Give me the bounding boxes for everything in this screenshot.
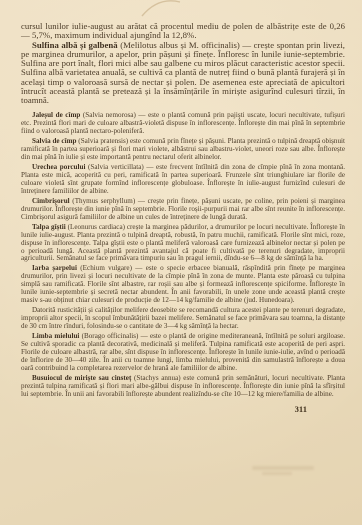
paragraph-talpa-gistii: Talpa gîștii (Leonurus cardiaca) crește … — [21, 224, 345, 264]
species-name: Salvia de cîmp — [32, 137, 76, 145]
paragraph-jalesul: Jaleșul de cîmp (Salvia nemorosa) — este… — [21, 112, 345, 136]
paragraph-text: Datorită rusticității și calităților mel… — [21, 306, 345, 330]
paragraph-text: (Leonurus cardiaca) crește la marginea p… — [21, 223, 345, 263]
book-page: cursul lunilor iulie-august au arătat că… — [0, 0, 362, 525]
paragraph-salvia-de-cimp: Salvia de cîmp (Salvia pratensis) este c… — [21, 138, 345, 162]
paragraph-text: (Thymus serphyllum) — crește prin finețe… — [21, 197, 345, 221]
paragraph-cimbrisorul: Cimbrișorul (Thymus serphyllum) — crește… — [21, 198, 345, 222]
species-name: Cimbrișorul — [32, 197, 70, 205]
smudge-mark — [138, 0, 182, 18]
paragraph-limba-mielului: Limba mielului (Borago officinalis) — es… — [21, 333, 345, 373]
species-name: Jaleșul de cîmp — [32, 111, 80, 119]
show-through-mark — [252, 466, 314, 470]
paragraph-intro-continuation: cursul lunilor iulie-august au arătat că… — [21, 22, 345, 41]
species-name: Talpa gîștii — [32, 223, 66, 231]
paragraph-iarba-sarpelui: Iarba șarpelui (Echium vulgare) — este o… — [21, 265, 345, 305]
show-through-mark — [262, 472, 292, 475]
paragraph-text: cursul lunilor iulie-august au arătat că… — [21, 21, 345, 40]
species-name: Limba mielului — [32, 332, 79, 340]
species-name: Iarba șarpelui — [32, 264, 77, 272]
species-name: Busuiocul de miriște sau cinsteț — [32, 374, 131, 382]
page-number: 311 — [21, 404, 345, 414]
paragraph-sulfina: Sulfina albă și galbenă (Melilotus albus… — [21, 41, 345, 106]
paragraph-urechea-porcului: Urechea porcului (Salvia verticillata) —… — [21, 164, 345, 196]
page-text: cursul lunilor iulie-august au arătat că… — [21, 22, 345, 414]
paragraph-datorita-rusticitatii: Datorită rusticității și calităților mel… — [21, 307, 345, 331]
paragraph-busuiocul: Busuiocul de miriște sau cinsteț (Stachy… — [21, 375, 345, 399]
species-name: Urechea porcului — [32, 163, 85, 171]
paragraph-text: (Melilotus albus și M. officinalis) — cr… — [21, 40, 345, 106]
